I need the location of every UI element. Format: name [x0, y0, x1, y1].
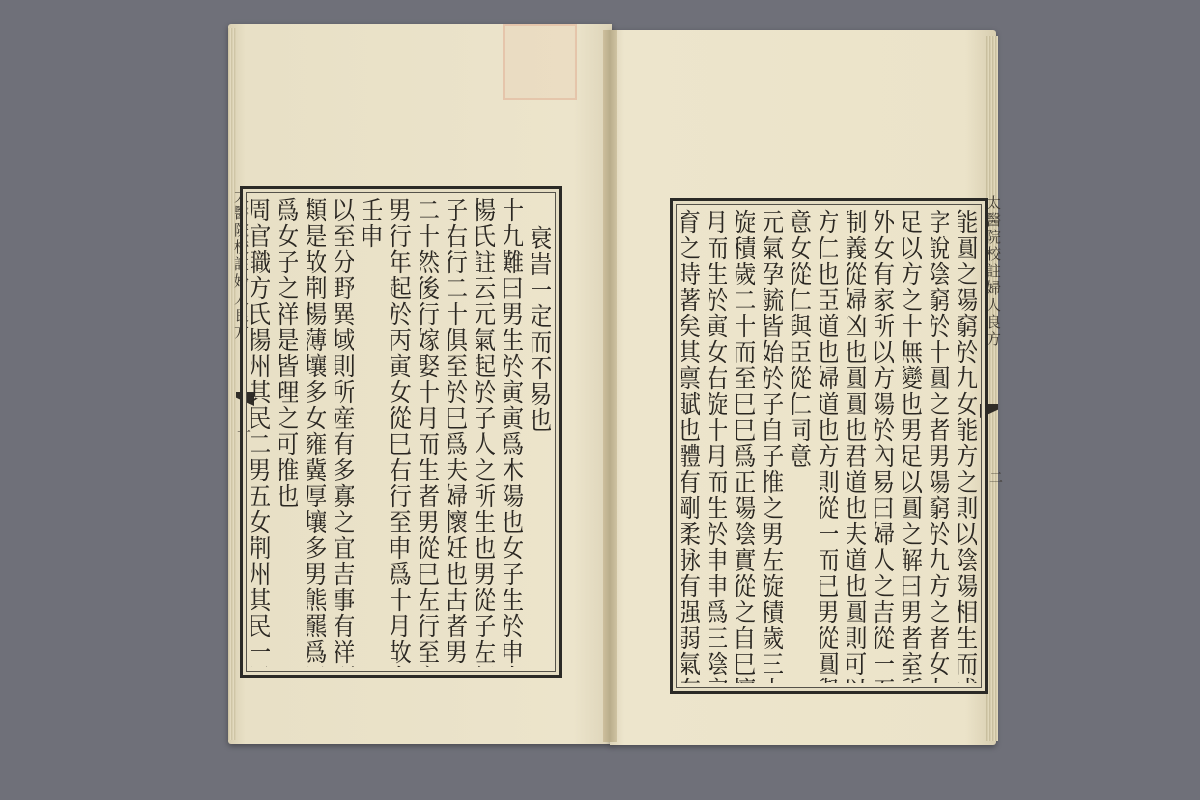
text-column: 以至分野異域則所産有多寡之宜吉事有祥則所夢各應其 [335, 197, 354, 667]
text-column: 楊氏註云元氣起於子人之所生也男從子左行三十女從 [476, 197, 495, 667]
text-column: 爲女子之祥是皆理之可推也 [279, 197, 298, 667]
text-column: 足以方之十無變也男足以圓之解曰男者室所以圓陰於 [903, 209, 922, 683]
text-column: 二十然後行嫁娶十月而生者男從巳左行至寅爲十月故 [420, 197, 439, 667]
text-column: 衰旹一定而不易也 [532, 197, 551, 667]
text-column: 壬申 [363, 197, 382, 667]
text-column: 意女從仁與臣從仁同意 [792, 209, 811, 683]
text-column: 旋積歲二十而至巳巳爲正陽陰實從之自巳懷壬男左旋十 [736, 209, 755, 683]
open-book: 太醫院校註婦人良方 一 太醫院校註婦人良方 二 衰旹一定而不易也 十九難曰男生於… [0, 0, 1200, 800]
left-text-frame: 衰旹一定而不易也 十九難曰男生於寅寅爲木陽也女子生於申申爲金陰也 楊氏註云元氣起… [240, 186, 562, 678]
text-column: 制義從婦凶也圓圓也君道也夫道也圓則可以制義而行 [847, 209, 866, 683]
book-gutter [603, 30, 617, 742]
text-column: 男行年起於丙寅女從巳右行至申爲十月故女行年起於 [391, 197, 410, 667]
text-column: 能圓之陽窮於九女能方之則以陰陽相生而成終故也 [958, 209, 977, 683]
text-column: 十九難曰男生於寅寅爲木陽也女子生於申申爲金陰也 [504, 197, 523, 667]
text-column: 周官職方氏揚州其民二男五女荆州其民一男二女 [251, 197, 270, 667]
text-column: 月而生於寅女右旋十月而生於申申爲三陰寅爲三陽而生 [709, 209, 728, 683]
left-text-columns: 衰旹一定而不易也 十九難曰男生於寅寅爲木陽也女子生於申申爲金陰也 楊氏註云元氣起… [251, 197, 551, 667]
collection-seal [503, 24, 577, 100]
text-column: 元氣孕毓皆始於子自子推之男左旋積歲三十而至巳女右 [764, 209, 783, 683]
right-page-number: 二 [985, 470, 1005, 484]
text-column: 育之時著矣其禀賦也體有剛柔脉有强弱氣有多寡血有盛 [681, 209, 700, 683]
text-column: 外女有家所以方陽於內易曰婦人之吉從一而終也夫子 [875, 209, 894, 683]
text-column: 方仁也臣道也婦道也方則從一而已男從圓與規從矢同 [820, 209, 839, 683]
right-text-columns: 能圓之陽窮於九女能方之則以陰陽相生而成終故也 字說陰窮於十圓之者男陽窮於九方之者… [681, 209, 977, 683]
right-text-frame: 能圓之陽窮於九女能方之則以陰陽相生而成終故也 字說陰窮於十圓之者男陽窮於九方之者… [670, 198, 988, 694]
text-column: 字說陰窮於十圓之者男陽窮於九方之者女九有變也女 [931, 209, 950, 683]
text-column: 子右行二十俱至於巳爲夫婦懷妊也古者男子三十女年 [448, 197, 467, 667]
text-column: 類是故荆楊薄壤多女雍冀厚壤多男熊羆爲男子之祥虺蛇 [307, 197, 326, 667]
